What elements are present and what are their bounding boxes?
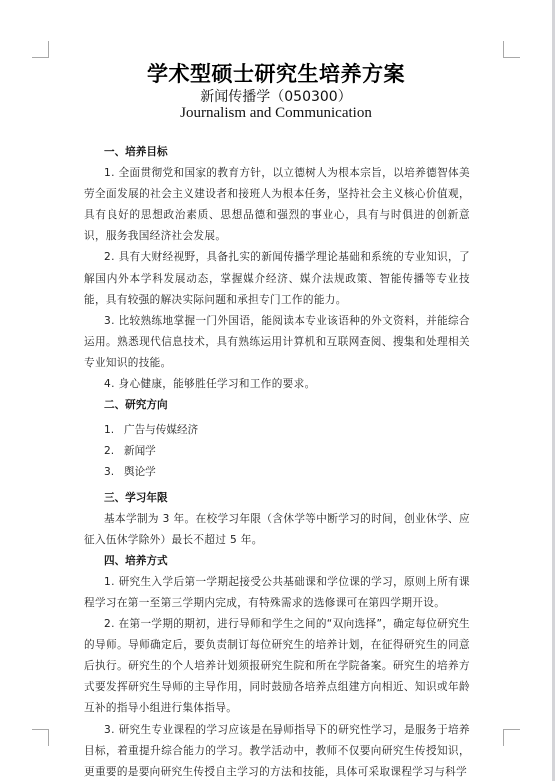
section-heading-training-goals: 一、培养目标: [84, 142, 470, 163]
list-number: 1.: [104, 420, 124, 441]
paragraph: 4. 身心健康，能够胜任学习和工作的要求。: [84, 374, 470, 395]
english-title: Journalism and Communication: [0, 105, 552, 122]
document-page: 学术型硕士研究生培养方案 新闻传播学（050300） Journalism an…: [0, 0, 552, 781]
crop-mark-top-left-v: [48, 41, 49, 58]
list-item: 1.广告与传媒经济: [84, 420, 470, 441]
section-heading-research-directions: 二、研究方向: [84, 395, 470, 416]
list-item: 3.舆论学: [84, 462, 470, 483]
document-body: 一、培养目标 1. 全面贯彻党和国家的教育方针，以立德树人为根本宗旨，以培养德智…: [84, 142, 470, 781]
list-number: 2.: [104, 441, 124, 462]
paragraph: 3. 比较熟练地掌握一门外国语，能阅读本专业该语种的外文资料，并能综合运用。熟悉…: [84, 311, 470, 374]
paragraph: 基本学制为 3 年。在校学习年限（含休学等中断学习的时间，创业休学、应征入伍休学…: [84, 509, 470, 551]
document-subtitle: 新闻传播学（050300）: [0, 86, 552, 106]
list-text: 新闻学: [124, 445, 156, 457]
paragraph: 2. 具有大财经视野，具备扎实的新闻传播学理论基础和系统的专业知识，了解国内外本…: [84, 247, 470, 310]
paragraph: 1. 全面贯彻党和国家的教育方针，以立德树人为根本宗旨，以培养德智体美劳全面发展…: [84, 163, 470, 247]
paragraph: 2. 在第一学期的期初，进行导师和学生之间的“双向选择”，确定每位研究生的导师。…: [84, 614, 470, 719]
section-heading-training-mode: 四、培养方式: [84, 551, 470, 572]
list-text: 广告与传媒经济: [124, 424, 198, 436]
paragraph: 1. 研究生入学后第一学期起接受公共基础课和学位课的学习，原则上所有课程学习在第…: [84, 572, 470, 614]
document-title: 学术型硕士研究生培养方案: [0, 58, 552, 88]
crop-mark-top-right-v: [503, 41, 504, 58]
list-number: 3.: [104, 462, 124, 483]
list-text: 舆论学: [124, 466, 156, 478]
page-number: 127: [0, 728, 552, 736]
section-heading-study-duration: 三、学习年限: [84, 488, 470, 509]
list-item: 2.新闻学: [84, 441, 470, 462]
